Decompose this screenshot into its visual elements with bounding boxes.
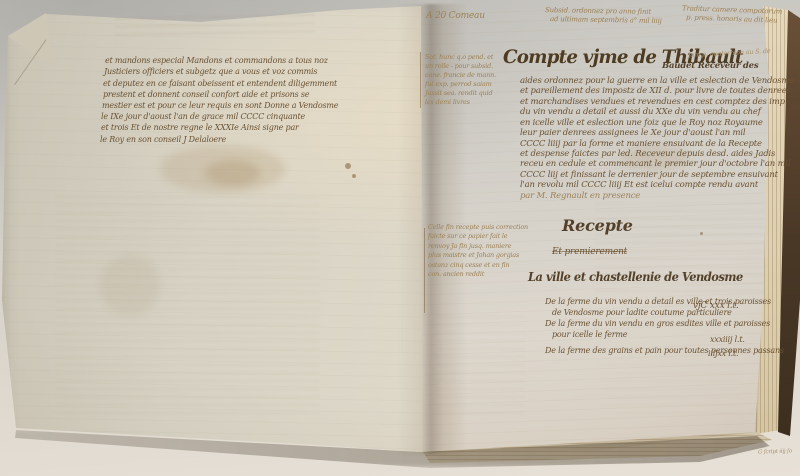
manuscript-line: aides ordonnez pour la guerre en la vill…	[520, 77, 794, 86]
stain	[100, 255, 160, 315]
subsection-heading: La ville et chastellenie de Vendosme	[528, 271, 743, 283]
entry-amount: vjC xxx l.t.	[693, 302, 739, 311]
margin-note-line: fut exp. perrod saiam	[425, 81, 492, 88]
manuscript-line: et trois Et de nostre regne le XXXIe Ain…	[101, 124, 299, 132]
manuscript-line: mestier est et pour ce leur requis en so…	[102, 102, 338, 110]
manuscript-line: le IXe jour d'aoust l'an de grace mil CC…	[101, 113, 305, 121]
ink-dot	[700, 232, 703, 235]
margin-note-line: renvoy Ja fin jusq. maniere	[428, 243, 511, 250]
manuscript-line: et pareillement des impostz de XII d. po…	[520, 87, 791, 96]
manuscript-line: et mandons especial Mandons et commandon…	[105, 57, 328, 65]
entry-line: pour icelle le ferme	[552, 331, 627, 339]
manuscript-line: en icelle ville et eslection une foiz qu…	[520, 119, 763, 128]
margin-note-line: faicte sur ce papier fait le	[428, 233, 507, 240]
section-heading-recepte: Recepte	[562, 218, 633, 234]
stain	[205, 160, 260, 186]
ghost-text	[115, 12, 315, 41]
entry-line: De la ferme des grains et pain pour tout…	[545, 347, 784, 355]
manuscript-line: prestent et donnent conseil confort aide…	[103, 91, 309, 99]
photo-background: et mandons especial Mandons et commandon…	[0, 0, 800, 476]
manuscript-line: par M. Regnault en presence	[520, 192, 640, 201]
ink-dot	[352, 174, 356, 178]
corner-note: G fcript iiij fo	[758, 449, 792, 456]
section-subheading: Et premierement	[552, 248, 627, 257]
ink-dot	[345, 163, 351, 169]
entry-amount: iiijxx l.t.	[708, 350, 738, 358]
manuscript-line: du vin vendu a detail et aussi du XXe du…	[520, 108, 761, 117]
entry-line: De la ferme du vin vendu en gros esdites…	[545, 320, 770, 328]
manuscript-line: le Roy en son conseil J Delaloere	[100, 136, 226, 144]
manuscript-line: leur paier denrees assignees le Xe jour …	[520, 129, 745, 138]
account-title-continuation: Baudet Receveur des	[662, 62, 758, 71]
archival-note-top-left: A 20 Comeau	[426, 12, 485, 21]
margin-note-line: cane. francie de mann.	[425, 72, 496, 79]
manuscript-line: et despense faictes par led. Receveur de…	[520, 150, 775, 159]
manuscript-line: l'an revolu mil CCCC liiij Et est icelui…	[520, 181, 758, 190]
margin-note-line: Celle fin recepte puis correction	[428, 224, 528, 231]
manuscript-line: et marchandises vendues et revendues en …	[520, 98, 787, 107]
manuscript-line: Justiciers officiers et subgetz que a vo…	[104, 68, 317, 76]
margin-note-line: plus maistre et Johan gorgias	[428, 252, 519, 259]
margin-note-line: un rolle - pour subsid.	[425, 63, 493, 70]
margin-note-line: Jussit sea. rendit quid	[425, 90, 492, 97]
margin-note-line: con. ancien reddit	[428, 271, 484, 278]
manuscript-line: receu en cedule et commencant le premier…	[520, 160, 790, 169]
margin-note-line: les demi livres	[425, 99, 470, 106]
margin-note-line: ostanz cinq cesse et en fin	[428, 262, 510, 269]
margin-bracket	[420, 52, 421, 108]
margin-note-line: Sot. hunc q.o pend. et	[425, 54, 493, 61]
ghost-text	[600, 360, 740, 420]
manuscript-book: et mandons especial Mandons et commandon…	[0, 0, 800, 476]
ghost-text	[55, 195, 320, 420]
margin-bracket	[424, 228, 425, 313]
manuscript-line: CCCC liiij par la forme et maniere ensui…	[520, 140, 762, 149]
ghost-text	[435, 310, 525, 420]
manuscript-line: et deputez en ce faisant obeissent et en…	[103, 80, 337, 88]
entry-amount: xxxiiij l.t.	[710, 336, 745, 344]
manuscript-line: CCCC liij et finissant le derrenier jour…	[520, 171, 778, 180]
